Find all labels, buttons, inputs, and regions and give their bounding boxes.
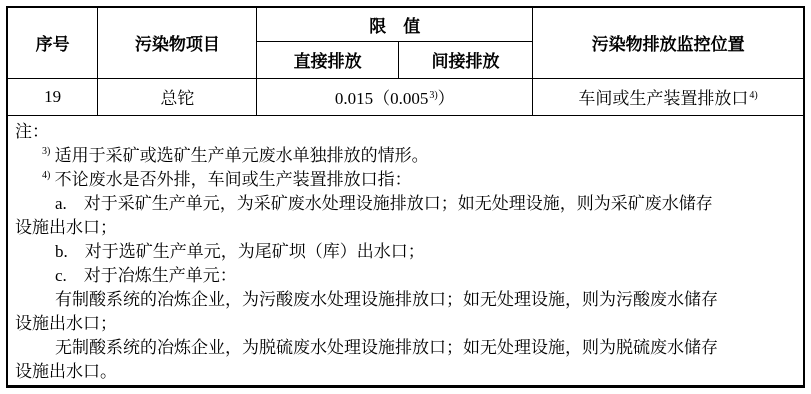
note-item-a: a. 对于采矿生产单元，为采矿废水处理设施排放口；如无处理设施，则为采矿废水储存… — [15, 192, 796, 240]
header-row-top: 序号 污染物项目 限 值 污染物排放监控位置 — [8, 8, 803, 41]
header-limit-value: 限 值 — [257, 8, 533, 41]
cell-monitoring-location: 车间或生产装置排放口4) — [533, 78, 803, 115]
note-item-c-no-acid: 无制酸系统的冶炼企业，为脱硫废水处理设施排放口；如无处理设施，则为脱硫废水储存 … — [15, 336, 796, 384]
header-serial-number: 序号 — [8, 8, 98, 78]
limit-value-footnote-marker: 3) — [429, 90, 437, 101]
footnote-3-text: 适用于采矿或选矿生产单元废水单独排放的情形。 — [50, 146, 428, 165]
footnote-4-text: 不论废水是否外排，车间或生产装置排放口指： — [50, 170, 411, 189]
cell-serial-number: 19 — [8, 78, 98, 115]
cell-pollutant-name: 总铊 — [98, 78, 257, 115]
monitoring-location-text: 车间或生产装置排放口 — [578, 89, 748, 108]
cell-limit-value: 0.015（0.0053)） — [257, 78, 533, 115]
notes-label: 注： — [15, 120, 796, 144]
emission-limits-table: 序号 污染物项目 限 值 污染物排放监控位置 直接排放 间接排放 19 总铊 0… — [8, 8, 803, 115]
limit-value-closing: ） — [438, 89, 455, 108]
header-indirect-discharge: 间接排放 — [398, 41, 532, 78]
note-footnote-4: 4) 不论废水是否外排，车间或生产装置排放口指： — [15, 168, 796, 192]
note-item-c-acid: 有制酸系统的冶炼企业，为污酸废水处理设施排放口；如无处理设施，则为污酸废水储存 … — [15, 288, 796, 336]
note-item-c: c. 对于冶炼生产单元： — [15, 264, 796, 288]
header-direct-discharge: 直接排放 — [257, 41, 399, 78]
document-frame: 序号 污染物项目 限 值 污染物排放监控位置 直接排放 间接排放 19 总铊 0… — [6, 6, 805, 388]
note-item-b: b. 对于选矿生产单元，为尾矿坝（库）出水口； — [15, 240, 796, 264]
header-pollutant-item: 污染物项目 — [98, 8, 257, 78]
notes-section: 注： 3) 适用于采矿或选矿生产单元废水单独排放的情形。 4) 不论废水是否外排… — [8, 115, 803, 384]
note-footnote-3: 3) 适用于采矿或选矿生产单元废水单独排放的情形。 — [15, 144, 796, 168]
table-row: 19 总铊 0.015（0.0053)） 车间或生产装置排放口4) — [8, 78, 803, 115]
monitoring-location-footnote-marker: 4) — [749, 90, 757, 101]
limit-value-text: 0.015（0.005 — [335, 89, 429, 108]
header-monitoring-location: 污染物排放监控位置 — [533, 8, 803, 78]
